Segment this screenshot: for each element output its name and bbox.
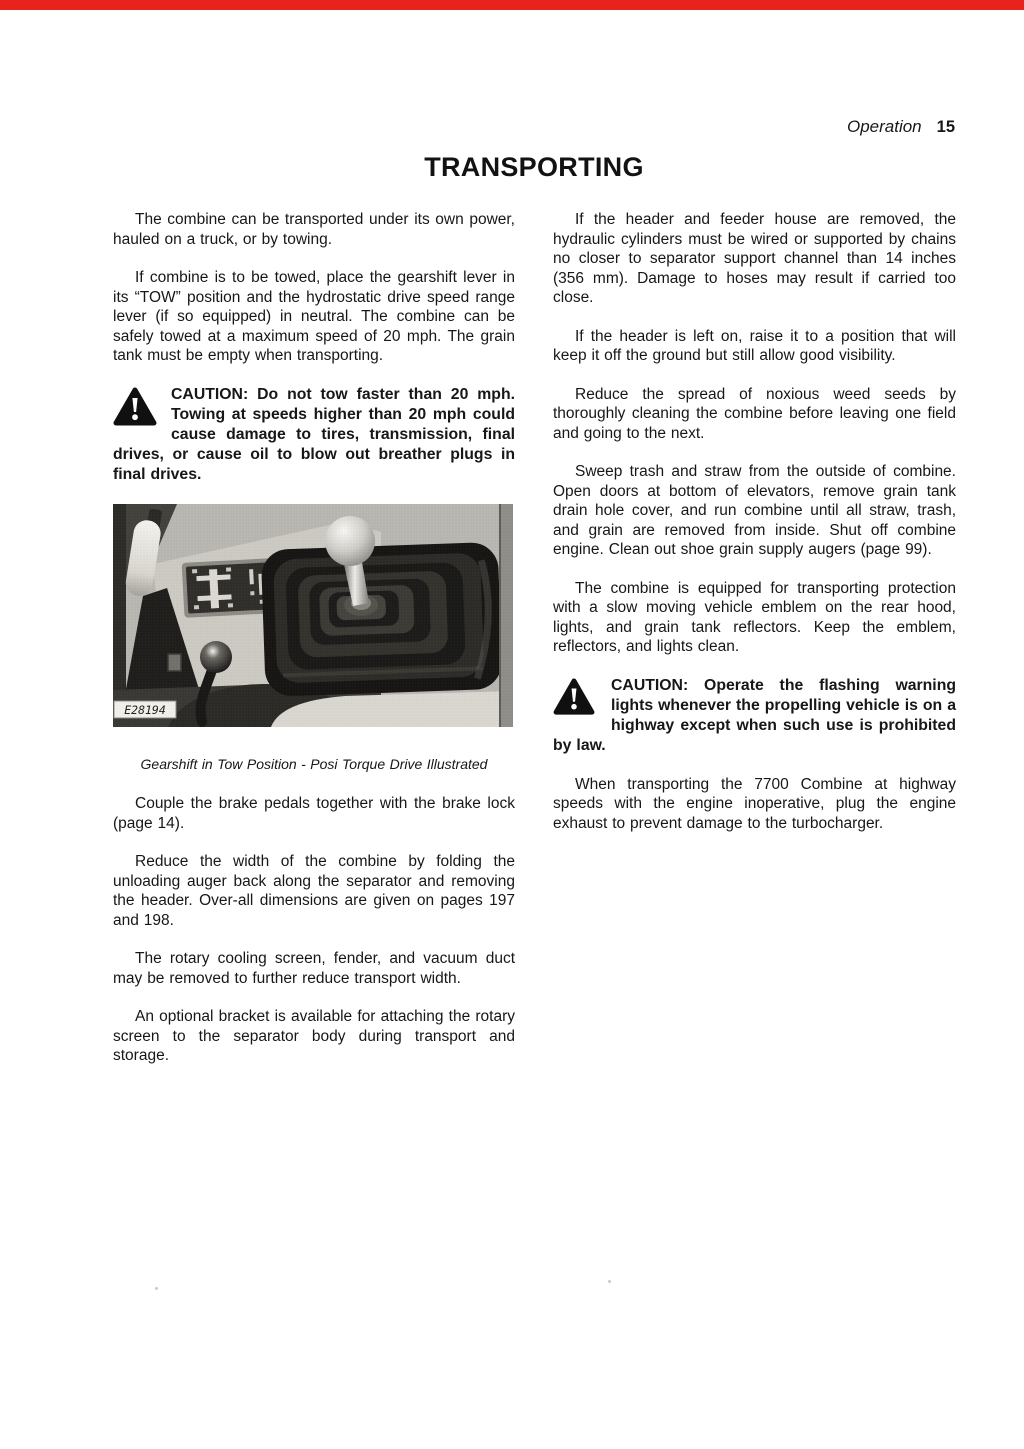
warning-triangle-icon — [553, 678, 597, 718]
paragraph: Couple the brake pedals together with th… — [113, 794, 515, 833]
paragraph: An optional bracket is available for att… — [113, 1007, 515, 1066]
paragraph: Reduce the spread of noxious weed seeds … — [553, 385, 956, 444]
scan-speck — [155, 1287, 158, 1290]
caution-block: CAUTION: Do not tow faster than 20 mph. … — [113, 385, 515, 485]
scan-speck — [608, 1280, 611, 1283]
caution-text: CAUTION: Operate the flashing warning li… — [553, 677, 956, 754]
paragraph: The combine is equipped for transporting… — [553, 579, 956, 657]
paragraph: The combine can be transported under its… — [113, 210, 515, 249]
top-red-bar — [0, 0, 1024, 10]
paragraph: Reduce the width of the combine by foldi… — [113, 852, 515, 930]
caution-text: CAUTION: Do not tow faster than 20 mph. … — [113, 386, 515, 483]
caution-block: CAUTION: Operate the flashing warning li… — [553, 676, 956, 756]
gearshift-photo: E28194 — [113, 504, 513, 733]
paragraph: If the header and feeder house are remov… — [553, 210, 956, 308]
right-column: If the header and feeder house are remov… — [553, 210, 956, 852]
section-label: Operation — [847, 117, 922, 136]
page-header: Operation15 — [847, 117, 955, 137]
page-number: 15 — [937, 118, 955, 136]
paragraph: When transporting the 7700 Combine at hi… — [553, 775, 956, 834]
paragraph: If combine is to be towed, place the gea… — [113, 268, 515, 366]
paragraph: The rotary cooling screen, fender, and v… — [113, 949, 515, 988]
left-column: The combine can be transported under its… — [113, 210, 515, 1085]
photo-caption: Gearshift in Tow Position - Posi Torque … — [113, 756, 515, 772]
paragraph: If the header is left on, raise it to a … — [553, 327, 956, 366]
warning-triangle-icon — [113, 387, 157, 427]
page-title: TRANSPORTING — [113, 152, 955, 183]
paragraph: Sweep trash and straw from the outside o… — [553, 462, 956, 560]
